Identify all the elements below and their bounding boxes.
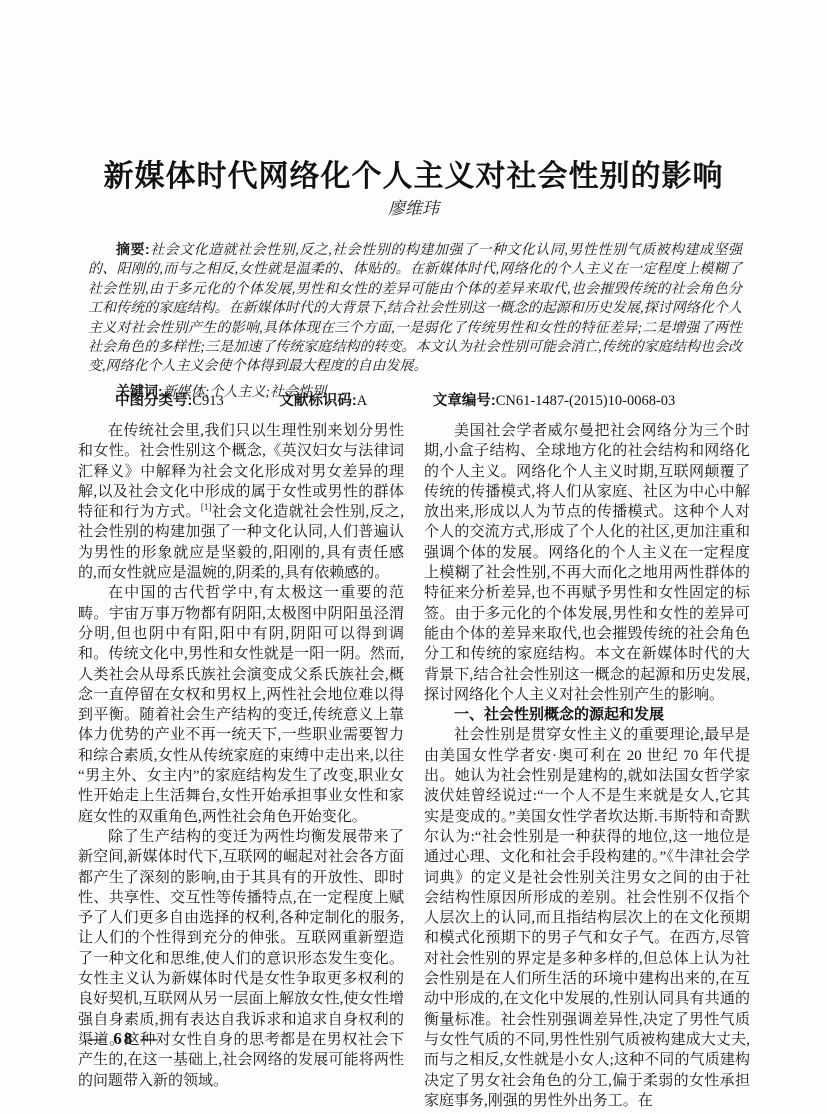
clc-number: 中图分类号:C913: [115, 389, 224, 410]
paper-title: 新媒体时代网络化个人主义对社会性别的影响: [0, 151, 827, 195]
article-id-label: 文章编号:: [433, 393, 496, 409]
right-paragraph-2: 社会性别是贯穿女性主义的重要理论,最早是由美国女性学者安·奥可利在 20 世纪 …: [424, 725, 750, 1111]
author-name: 廖维玮: [0, 194, 827, 219]
abstract-paragraph: 摘要:社会文化造就社会性别,反之,社会性别的构建加强了一种文化认同,男性性别气质…: [88, 240, 742, 377]
section-heading-1: 一、社会性别概念的源起和发展: [424, 705, 750, 725]
article-id-value: CN61-1487-(2015)10-0068-03: [496, 393, 676, 409]
page-number: — 68 —: [88, 1029, 160, 1049]
clc-label: 中图分类号:: [115, 393, 192, 409]
body-columns: 在传统社会里,我们只以生理性别来划分男性和女性。社会性别这个概念,《英汉妇女与法…: [78, 421, 750, 1111]
abstract-label: 摘要:: [116, 241, 150, 257]
abstract-text: 社会文化造就社会性别,反之,社会性别的构建加强了一种文化认同,男性性别气质被构建…: [88, 243, 742, 374]
citation-ref-1: [1]: [201, 502, 212, 512]
left-paragraph-2: 在中国的古代哲学中,有太极这一重要的范畴。宇宙万事万物都有阴阳,太极图中阴阳虽泾…: [78, 583, 404, 827]
left-paragraph-3: 除了生产结构的变迁为两性均衡发展带来了新空间,新媒体时代下,互联网的崛起对社会各…: [78, 827, 404, 1091]
document-code: 文献标识码:A: [279, 389, 367, 410]
article-meta-line: 中图分类号:C913 文献标识码:A 文章编号:CN61-1487-(2015)…: [115, 389, 755, 410]
left-column: 在传统社会里,我们只以生理性别来划分男性和女性。社会性别这个概念,《英汉妇女与法…: [78, 421, 404, 1111]
left-paragraph-1: 在传统社会里,我们只以生理性别来划分男性和女性。社会性别这个概念,《英汉妇女与法…: [78, 421, 404, 583]
right-column: 美国社会学者威尔曼把社会网络分为三个时期,小盒子结构、全球地方化的社会结构和网络…: [424, 421, 750, 1111]
document-code-value: A: [357, 393, 367, 409]
right-paragraph-1: 美国社会学者威尔曼把社会网络分为三个时期,小盒子结构、全球地方化的社会结构和网络…: [424, 421, 750, 705]
paper-page: 新媒体时代网络化个人主义对社会性别的影响 廖维玮 摘要:社会文化造就社会性别,反…: [0, 0, 827, 1114]
article-id: 文章编号:CN61-1487-(2015)10-0068-03: [433, 389, 675, 410]
document-code-label: 文献标识码:: [279, 393, 356, 409]
clc-value: C913: [192, 393, 223, 409]
